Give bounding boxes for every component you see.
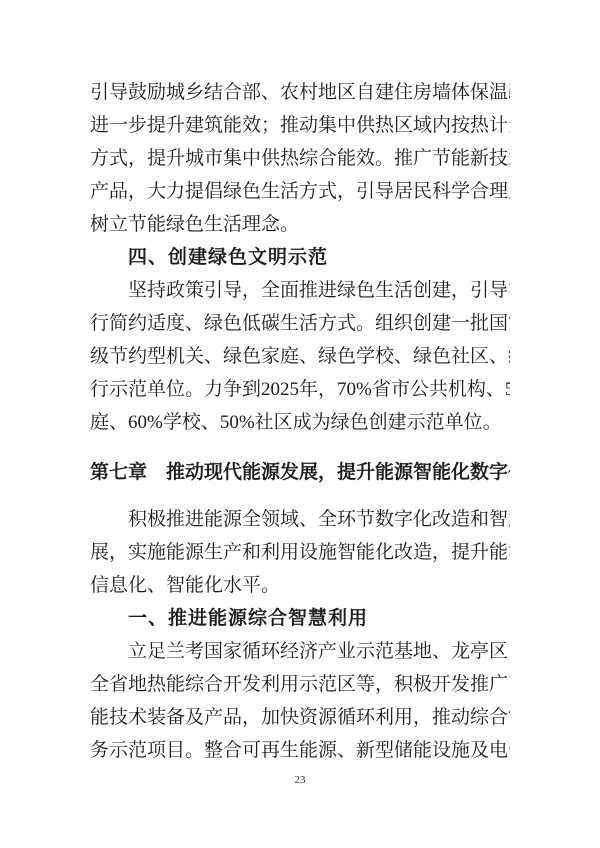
paragraph: 积极推进能源全领域、全环节数字化改造和智慧化发 展，实施能源生产和利用设施智能化… bbox=[90, 503, 510, 602]
paragraph: 坚持政策引导，全面推进绿色生活创建，引导社会践 行简约适度、绿色低碳生活方式。组… bbox=[90, 274, 510, 439]
body-line: 信息化、智能化水平。 bbox=[90, 569, 510, 602]
body-line: 积极推进能源全领域、全环节数字化改造和智慧化发 bbox=[90, 503, 510, 536]
body-line: 能技术装备及产品，加快资源循环利用，推动综合能源服 bbox=[90, 701, 510, 734]
body-line: 方式，提升城市集中供热综合能效。推广节能新技术、新 bbox=[90, 142, 510, 175]
section-heading: 一、推进能源综合智慧利用 bbox=[90, 602, 510, 635]
body-line: 全省地热能综合开发利用示范区等，积极开发推广高效节 bbox=[90, 668, 510, 701]
body-line: 引导鼓励城乡结合部、农村地区自建住房墙体保温改造， bbox=[90, 76, 510, 109]
chapter-heading: 第七章 推动现代能源发展，提升能源智能化数字化水平 bbox=[90, 456, 510, 489]
document-page: 引导鼓励城乡结合部、农村地区自建住房墙体保温改造， 进一步提升建筑能效；推动集中… bbox=[0, 0, 600, 848]
body-line: 树立节能绿色生活理念。 bbox=[90, 208, 510, 241]
body-line: 展，实施能源生产和利用设施智能化改造，提升能源系统 bbox=[90, 536, 510, 569]
body-line: 级节约型机关、绿色家庭、绿色学校、绿色社区、绿色出 bbox=[90, 340, 510, 373]
body-line: 行简约适度、绿色低碳生活方式。组织创建一批国家和省 bbox=[90, 307, 510, 340]
paragraph: 引导鼓励城乡结合部、农村地区自建住房墙体保温改造， 进一步提升建筑能效；推动集中… bbox=[90, 76, 510, 241]
body-line: 进一步提升建筑能效；推动集中供热区域内按热计量收费 bbox=[90, 109, 510, 142]
body-line: 产品，大力提倡绿色生活方式，引导居民科学合理用能， bbox=[90, 175, 510, 208]
document-body: 引导鼓励城乡结合部、农村地区自建住房墙体保温改造， 进一步提升建筑能效；推动集中… bbox=[90, 76, 510, 767]
page-number: 23 bbox=[0, 774, 600, 786]
body-line: 务示范项目。整合可再生能源、新型储能设施及电气化交 bbox=[90, 734, 510, 767]
paragraph: 立足兰考国家循环经济产业示范基地、龙亭区（北区） 全省地热能综合开发利用示范区等… bbox=[90, 635, 510, 767]
body-line: 庭、60%学校、50%社区成为绿色创建示范单位。 bbox=[90, 406, 510, 439]
body-line: 坚持政策引导，全面推进绿色生活创建，引导社会践 bbox=[90, 274, 510, 307]
body-line: 立足兰考国家循环经济产业示范基地、龙亭区（北区） bbox=[90, 635, 510, 668]
body-line: 行示范单位。力争到2025年，70%省市公共机构、50%家 bbox=[90, 373, 510, 406]
section-heading: 四、创建绿色文明示范 bbox=[90, 241, 510, 274]
